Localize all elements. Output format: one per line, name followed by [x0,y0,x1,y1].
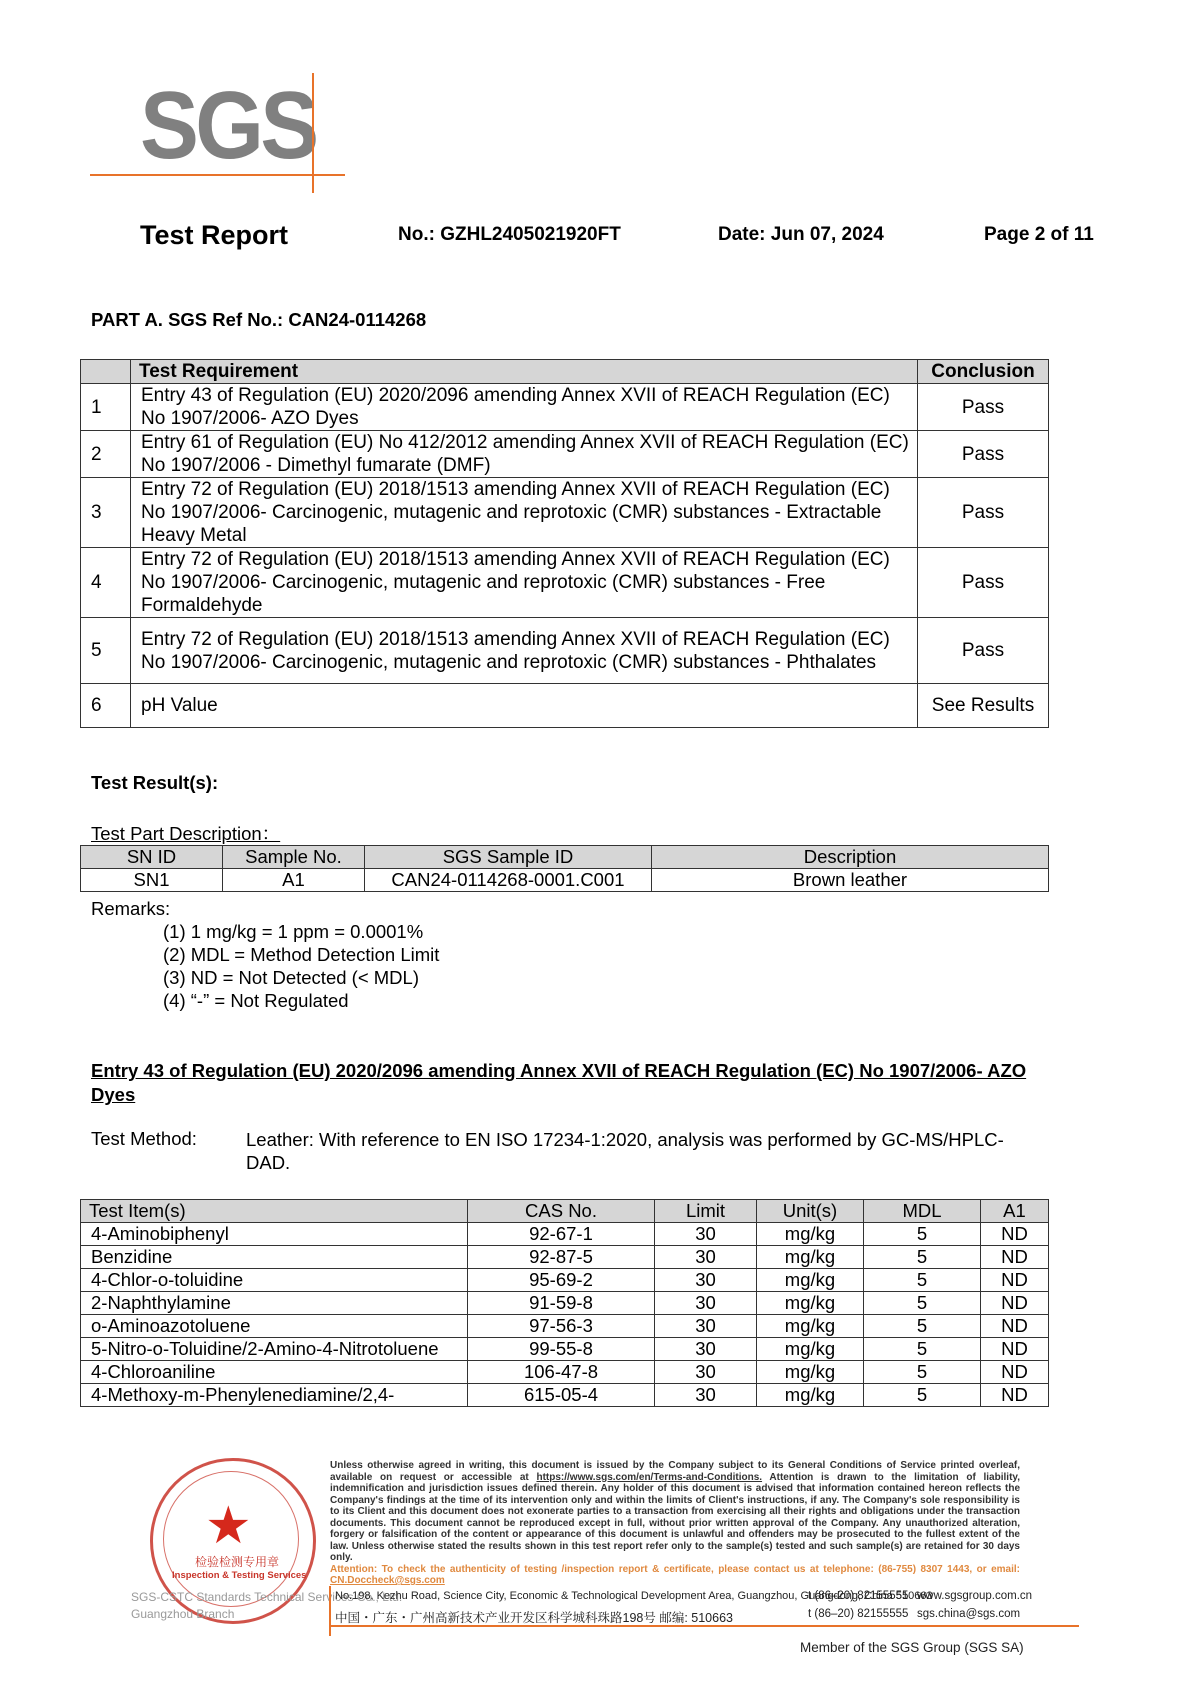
table-row: 2-Naphthylamine91-59-830mg/kg5ND [81,1292,1049,1315]
azo-cas: 106-47-8 [468,1361,655,1384]
table-row: 3Entry 72 of Regulation (EU) 2018/1513 a… [81,478,1049,548]
summary-row-conclusion: Pass [918,384,1049,431]
azo-mdl: 5 [864,1315,981,1338]
remarks-label: Remarks: [91,898,170,920]
azo-results-table: Test Item(s) CAS No. Limit Unit(s) MDL A… [80,1199,1049,1407]
website-link[interactable]: www.sgsgroup.com.cn [917,1590,1032,1602]
table-row: o-Aminoazotoluene97-56-330mg/kg5ND [81,1315,1049,1338]
table-row: SN1 A1 CAN24-0114268-0001.C001 Brown lea… [81,869,1049,892]
azo-result-a1: ND [981,1338,1049,1361]
star-icon: ★ [205,1500,252,1552]
table-row: 2Entry 61 of Regulation (EU) No 412/2012… [81,431,1049,478]
azo-mdl: 5 [864,1361,981,1384]
summary-header-row: Test Requirement Conclusion [81,360,1049,384]
azo-mdl: 5 [864,1246,981,1269]
azo-unit: mg/kg [757,1315,864,1338]
authenticity-notice: Attention: To check the authenticity of … [330,1564,1020,1587]
summary-header-requirement: Test Requirement [131,360,918,384]
sample-snid: SN1 [81,869,223,892]
test-results-heading: Test Result(s): [91,772,218,794]
summary-row-number: 5 [81,618,131,684]
summary-row-number: 2 [81,431,131,478]
sample-header-description: Description [652,846,1049,869]
summary-table-body: 1Entry 43 of Regulation (EU) 2020/2096 a… [81,384,1049,728]
azo-result-a1: ND [981,1246,1049,1269]
table-row: 5-Nitro-o-Toluidine/2-Amino-4-Nitrotolue… [81,1338,1049,1361]
sample-header-sgs-id: SGS Sample ID [365,846,652,869]
sgs-logo: SGS [140,78,315,174]
table-row: 5Entry 72 of Regulation (EU) 2018/1513 a… [81,618,1049,684]
azo-cas: 92-87-5 [468,1246,655,1269]
azo-unit: mg/kg [757,1338,864,1361]
table-row: 4-Aminobiphenyl92-67-130mg/kg5ND [81,1223,1049,1246]
summary-header-conclusion: Conclusion [918,360,1049,384]
azo-limit: 30 [655,1315,757,1338]
summary-row-requirement: Entry 72 of Regulation (EU) 2018/1513 am… [131,478,918,548]
summary-row-requirement: Entry 72 of Regulation (EU) 2018/1513 am… [131,618,918,684]
azo-result-a1: ND [981,1223,1049,1246]
azo-unit: mg/kg [757,1292,864,1315]
azo-mdl: 5 [864,1292,981,1315]
azo-cas: 615-05-4 [468,1384,655,1407]
azo-item: 4-Aminobiphenyl [81,1223,468,1246]
azo-unit: mg/kg [757,1246,864,1269]
test-method-label: Test Method: [91,1128,197,1150]
azo-mdl: 5 [864,1384,981,1407]
azo-mdl: 5 [864,1223,981,1246]
azo-header-mdl: MDL [864,1200,981,1223]
summary-row-number: 4 [81,548,131,618]
azo-result-a1: ND [981,1361,1049,1384]
azo-item: Benzidine [81,1246,468,1269]
sample-no: A1 [223,869,365,892]
azo-limit: 30 [655,1292,757,1315]
azo-item: 4-Chlor-o-toluidine [81,1269,468,1292]
azo-limit: 30 [655,1269,757,1292]
summary-table: Test Requirement Conclusion 1Entry 43 of… [80,359,1049,728]
legal-disclaimer: Unless otherwise agreed in writing, this… [330,1460,1020,1587]
summary-row-conclusion: Pass [918,548,1049,618]
azo-item: 4-Methoxy-m-Phenylenediamine/2,4- [81,1384,468,1407]
sample-description: Brown leather [652,869,1049,892]
table-row: 4-Methoxy-m-Phenylenediamine/2,4-615-05-… [81,1384,1049,1407]
sample-sgs-id: CAN24-0114268-0001.C001 [365,869,652,892]
test-method-text: Leather: With reference to EN ISO 17234-… [246,1128,1006,1174]
summary-header-num [81,360,131,384]
azo-mdl: 5 [864,1269,981,1292]
azo-item: o-Aminoazotoluene [81,1315,468,1338]
azo-unit: mg/kg [757,1269,864,1292]
azo-header-item: Test Item(s) [81,1200,468,1223]
sample-header-snid: SN ID [81,846,223,869]
summary-row-conclusion: See Results [918,684,1049,728]
azo-item: 4-Chloroaniline [81,1361,468,1384]
summary-row-conclusion: Pass [918,618,1049,684]
remark-item: (4) “-” = Not Regulated [163,989,439,1012]
table-row: 4Entry 72 of Regulation (EU) 2018/1513 a… [81,548,1049,618]
azo-unit: mg/kg [757,1384,864,1407]
doccheck-email-link[interactable]: CN.Doccheck@sgs.com [330,1575,445,1586]
logo-vertical-rule [312,73,314,193]
azo-result-a1: ND [981,1315,1049,1338]
report-title: Test Report [140,220,288,251]
azo-item: 2-Naphthylamine [81,1292,468,1315]
azo-limit: 30 [655,1361,757,1384]
azo-header-a1: A1 [981,1200,1049,1223]
logo-horizontal-rule [90,174,345,176]
table-row: 4-Chloroaniline106-47-830mg/kg5ND [81,1361,1049,1384]
azo-cas: 91-59-8 [468,1292,655,1315]
table-row: 1Entry 43 of Regulation (EU) 2020/2096 a… [81,384,1049,431]
azo-limit: 30 [655,1384,757,1407]
table-row: 6pH ValueSee Results [81,684,1049,728]
remark-item: (3) ND = Not Detected (< MDL) [163,966,439,989]
azo-result-a1: ND [981,1292,1049,1315]
azo-mdl: 5 [864,1338,981,1361]
stamp-english-label: Inspection & Testing Services [172,1570,306,1581]
stamp-chinese-label: 检验检测专用章 [195,1553,279,1570]
email-link[interactable]: sgs.china@sgs.com [917,1608,1020,1620]
summary-row-conclusion: Pass [918,478,1049,548]
remarks-list: (1) 1 mg/kg = 1 ppm = 0.0001% (2) MDL = … [163,920,439,1012]
summary-row-requirement: pH Value [131,684,918,728]
azo-limit: 30 [655,1338,757,1361]
report-date: Date: Jun 07, 2024 [718,224,884,246]
sample-header-row: SN ID Sample No. SGS Sample ID Descripti… [81,846,1049,869]
azo-header-row: Test Item(s) CAS No. Limit Unit(s) MDL A… [81,1200,1049,1223]
terms-link[interactable]: https://www.sgs.com/en/Terms-and-Conditi… [536,1472,762,1483]
summary-row-requirement: Entry 43 of Regulation (EU) 2020/2096 am… [131,384,918,431]
member-note: Member of the SGS Group (SGS SA) [800,1640,1024,1655]
sample-table: SN ID Sample No. SGS Sample ID Descripti… [80,845,1049,892]
azo-header-limit: Limit [655,1200,757,1223]
summary-row-number: 6 [81,684,131,728]
azo-cas: 92-67-1 [468,1223,655,1246]
attention-text: Attention: To check the authenticity of … [330,1564,1020,1575]
summary-row-number: 1 [81,384,131,431]
summary-row-number: 3 [81,478,131,548]
summary-row-conclusion: Pass [918,431,1049,478]
part-a-ref: PART A. SGS Ref No.: CAN24-0114268 [91,309,426,331]
azo-item: 5-Nitro-o-Toluidine/2-Amino-4-Nitrotolue… [81,1338,468,1361]
table-row: Benzidine92-87-530mg/kg5ND [81,1246,1049,1269]
test-part-description-label: Test Part Description： [91,820,280,846]
company-branch: Guangzhou Branch [131,1607,234,1621]
azo-result-a1: ND [981,1269,1049,1292]
azo-cas: 99-55-8 [468,1338,655,1361]
summary-row-requirement: Entry 72 of Regulation (EU) 2018/1513 am… [131,548,918,618]
azo-table-body: 4-Aminobiphenyl92-67-130mg/kg5NDBenzidin… [81,1223,1049,1407]
azo-header-unit: Unit(s) [757,1200,864,1223]
table-row: 4-Chlor-o-toluidine95-69-230mg/kg5ND [81,1269,1049,1292]
address-chinese: 中国・广东・广州高新技术产业开发区科学城科珠路198号 邮编: 510663 [335,1608,733,1626]
azo-limit: 30 [655,1246,757,1269]
azo-limit: 30 [655,1223,757,1246]
azo-header-cas: CAS No. [468,1200,655,1223]
azo-section-title: Entry 43 of Regulation (EU) 2020/2096 am… [91,1059,1071,1107]
report-number: No.: GZHL2405021920FT [398,224,621,246]
remark-item: (2) MDL = Method Detection Limit [163,943,439,966]
footer-vertical-rule [329,1586,331,1636]
azo-cas: 97-56-3 [468,1315,655,1338]
summary-row-requirement: Entry 61 of Regulation (EU) No 412/2012 … [131,431,918,478]
page-indicator: Page 2 of 11 [984,224,1094,246]
disclaimer-text-cont: Attention is drawn to the limitation of … [330,1472,1020,1564]
telephone-2: t (86–20) 82155555 [808,1608,908,1620]
azo-unit: mg/kg [757,1361,864,1384]
telephone-1: t (86–20) 82155555 [808,1590,908,1602]
azo-unit: mg/kg [757,1223,864,1246]
sample-header-sample-no: Sample No. [223,846,365,869]
azo-result-a1: ND [981,1384,1049,1407]
azo-cas: 95-69-2 [468,1269,655,1292]
remark-item: (1) 1 mg/kg = 1 ppm = 0.0001% [163,920,439,943]
